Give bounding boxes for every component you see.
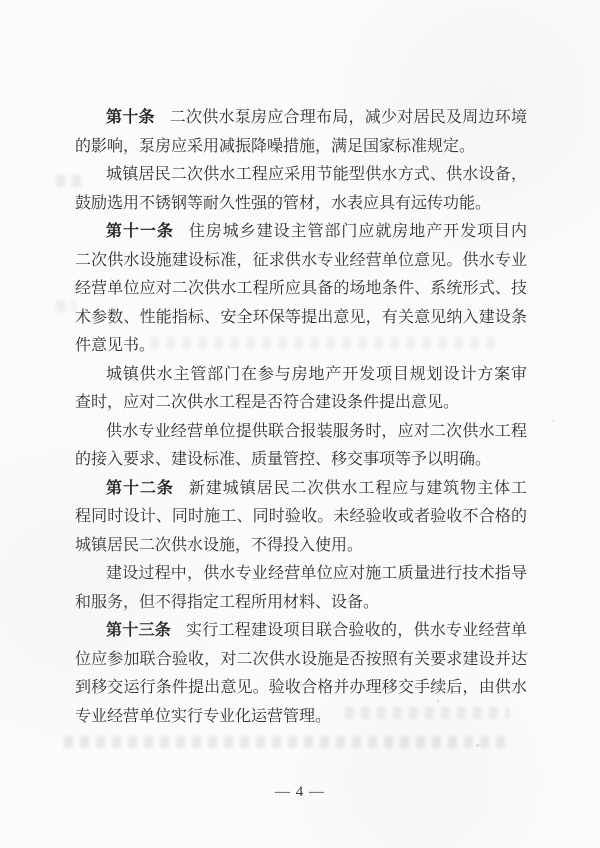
paragraph: 城镇居民二次供水工程应采用节能型供水方式、供水设备，鼓励选用不锈钢等耐久性强的管… xyxy=(75,161,527,218)
text-line: 位应参加联合验收，对二次供水设施是否按照有关要求建设并达 xyxy=(75,646,527,675)
document-body: 第十条二次供水泵房应合理布局，减少对居民及周边环境的影响，泵房应采用减振降噪措施… xyxy=(75,104,527,731)
text-line-content: 二次供水泵房应合理布局，减少对居民及周边环境 xyxy=(170,109,527,126)
text-line: 件意见书。 xyxy=(75,332,527,361)
text-line: 经营单位应对二次供水工程所应具备的场地条件、系统形式、技 xyxy=(75,275,527,304)
text-line: 程同时设计、同时施工、同时验收。未经验收或者验收不合格的 xyxy=(75,503,527,532)
text-line: 城镇供水主管部门在参与房地产开发项目规划设计方案审 xyxy=(75,361,527,390)
paragraph: 建设过程中，供水专业经营单位应对施工质量进行技术指导和服务，但不得指定工程所用材… xyxy=(75,560,527,617)
text-line-content: 住房城乡建设主管部门应就房地产开发项目内 xyxy=(189,223,527,240)
text-line: 建设过程中，供水专业经营单位应对施工质量进行技术指导 xyxy=(75,560,527,589)
paper-speck xyxy=(552,420,554,422)
text-line: 术参数、性能指标、安全环保等提出意见，有关意见纳入建设条 xyxy=(75,304,527,333)
text-line-content: 实行工程建设项目联合验收的，供水专业经营单 xyxy=(186,622,527,639)
text-line: 专业经营单位实行专业化运营管理。 xyxy=(75,703,527,732)
article-number: 第十三条 xyxy=(106,622,171,639)
scanned-document-page: 第十条二次供水泵房应合理布局，减少对居民及周边环境的影响，泵房应采用减振降噪措施… xyxy=(0,0,600,848)
article-number: 第十一条 xyxy=(106,223,174,240)
bleedthrough-smudge xyxy=(64,736,512,748)
text-line: 鼓励选用不锈钢等耐久性强的管材，水表应具有远传功能。 xyxy=(75,190,527,219)
page-number: — 4 — xyxy=(0,784,600,801)
text-line: 第十条二次供水泵房应合理布局，减少对居民及周边环境 xyxy=(75,104,527,133)
text-line: 和服务，但不得指定工程所用材料、设备。 xyxy=(75,589,527,618)
article-number: 第十二条 xyxy=(106,480,174,497)
paragraph: 第十三条实行工程建设项目联合验收的，供水专业经营单位应参加联合验收，对二次供水设… xyxy=(75,617,527,731)
text-line: 的接入要求、建设标准、质量管控、移交事项等予以明确。 xyxy=(75,446,527,475)
paragraph: 第十一条住房城乡建设主管部门应就房地产开发项目内二次供水设施建设标准，征求供水专… xyxy=(75,218,527,361)
text-line: 到移交运行条件提出意见。验收合格并办理移交手续后，由供水 xyxy=(75,674,527,703)
text-line: 第十一条住房城乡建设主管部门应就房地产开发项目内 xyxy=(75,218,527,247)
paper-speck xyxy=(476,744,479,747)
text-line: 的影响，泵房应采用减振降噪措施，满足国家标准规定。 xyxy=(75,133,527,162)
paragraph: 第十条二次供水泵房应合理布局，减少对居民及周边环境的影响，泵房应采用减振降噪措施… xyxy=(75,104,527,161)
article-number: 第十条 xyxy=(106,109,155,126)
text-line: 第十二条新建城镇居民二次供水工程应与建筑物主体工 xyxy=(75,475,527,504)
text-line: 查时，应对二次供水工程是否符合建设条件提出意见。 xyxy=(75,389,527,418)
paragraph: 供水专业经营单位提供联合报装服务时，应对二次供水工程的接入要求、建设标准、质量管… xyxy=(75,418,527,475)
paragraph: 城镇供水主管部门在参与房地产开发项目规划设计方案审查时，应对二次供水工程是否符合… xyxy=(75,361,527,418)
text-line: 二次供水设施建设标准，征求供水专业经营单位意见。供水专业 xyxy=(75,247,527,276)
paragraph: 第十二条新建城镇居民二次供水工程应与建筑物主体工程同时设计、同时施工、同时验收。… xyxy=(75,475,527,561)
text-line-content: 新建城镇居民二次供水工程应与建筑物主体工 xyxy=(189,480,527,497)
bleedthrough-smudge xyxy=(56,300,76,312)
text-line: 供水专业经营单位提供联合报装服务时，应对二次供水工程 xyxy=(75,418,527,447)
text-line: 第十三条实行工程建设项目联合验收的，供水专业经营单 xyxy=(75,617,527,646)
text-line: 城镇居民二次供水设施，不得投入使用。 xyxy=(75,532,527,561)
text-line: 城镇居民二次供水工程应采用节能型供水方式、供水设备， xyxy=(75,161,527,190)
